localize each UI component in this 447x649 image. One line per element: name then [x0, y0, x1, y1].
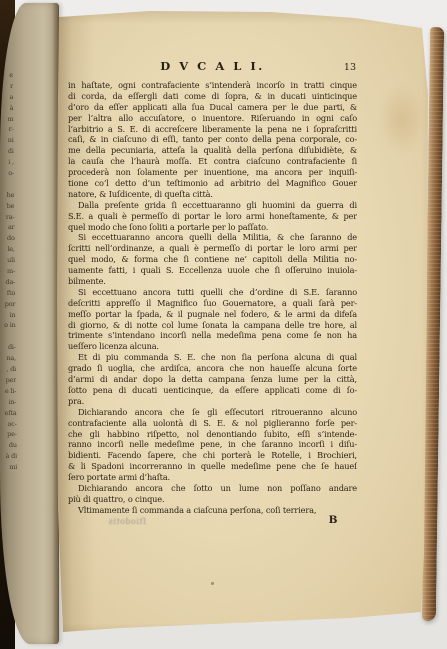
gutter-fragment: uli: [1, 255, 15, 266]
gutter-fragment: na,: [2, 353, 16, 364]
text-line: la cauſa che l’haurà moſſa. Et contra ci…: [68, 156, 357, 167]
text-line: contrafaciente alla uolontà di S. E. & n…: [68, 418, 357, 429]
text-line: procederà non ſolamente per inuentione, …: [68, 167, 357, 178]
text-line: che gli habbino riſpetto, nol denontiand…: [68, 429, 357, 440]
catchword-signature: B: [318, 514, 348, 526]
text-line: trimente s’intendano incorſi nella medeſ…: [68, 330, 357, 341]
text-line: me della pecuniaria, atteſa la qualità d…: [68, 145, 357, 156]
text-line: ranno incorſi nelle medeſime pene, in ch…: [68, 439, 357, 450]
gutter-fragment: di-: [2, 342, 16, 353]
gutter-fragment: per: [2, 375, 16, 386]
text-line: in haſtate, ogni contrafaciente s’intend…: [68, 80, 357, 91]
gutter-fragment: o in: [2, 320, 16, 331]
gutter-fragment: oc-: [3, 418, 17, 429]
gutter-fragment: mi: [3, 462, 17, 473]
text-line: Vltimamente ſi commanda a ciaſcuna perſo…: [68, 505, 357, 516]
gutter-fragment: le,: [1, 244, 15, 255]
text-line: più di quattro, o cinque.: [68, 494, 357, 505]
gutter-fragment: he: [0, 190, 14, 201]
paper-stain: [378, 85, 426, 155]
text-line: caſi, & in ciaſcuno di eſſi, tanto per c…: [68, 134, 357, 145]
gutter-fragment: be: [0, 201, 14, 212]
recto-page: ISIONE DVCA D V C A L I. 13 in haſtate, …: [0, 0, 447, 649]
text-line: Si eccettuaranno ancora quelli della Mil…: [68, 232, 357, 243]
gutter-fragment: m: [0, 113, 13, 124]
text-line: quel modo, & forma che ſi contiene ne’ c…: [68, 254, 357, 265]
text-line: uamente fatti, i quali S. Eccellenza uuo…: [68, 265, 357, 276]
text-line: Si eccettuano ancora tutti quelli che d’…: [68, 287, 357, 298]
gutter-fragment: , di: [2, 364, 16, 375]
page-number: 13: [344, 62, 356, 73]
gutter-fragment: por: [1, 299, 15, 310]
text-line: ſotto pena di ducati uenticinque, da eſſ…: [68, 385, 357, 396]
text-line: di corda, da eſſergli dati come di ſopra…: [68, 91, 357, 102]
gutter-fragment: e: [0, 70, 13, 81]
text-line: & li Spadoni incorreranno in quelle mede…: [68, 461, 357, 472]
gutter-fragment: da-: [1, 277, 15, 288]
show-through-word: ſtiodotis: [76, 517, 146, 526]
text-line: bidienti. Facendo ſapere, che chi porter…: [68, 450, 357, 461]
gutter-fragment: ſto: [1, 288, 15, 299]
gutter-fragments: eraàmr-nidii ,o-hebera-ardole,ulim-da-ſt…: [0, 70, 17, 473]
gutter-fragment: à di: [3, 451, 17, 462]
text-line: quel modo che ſono ſoliti a portarle per…: [68, 222, 357, 233]
gutter-fragment: [0, 179, 14, 190]
gutter-fragment: in: [1, 310, 15, 321]
text-line: l’arbitrio a S. E. di accreſcere liberam…: [68, 124, 357, 135]
text-line: Dalla preſente grida ſi eccettuaranno gl…: [68, 200, 357, 211]
text-line: tione co’l detto d’un teſtimonio ad arbi…: [68, 178, 357, 189]
gutter-fragment: o-: [0, 168, 14, 179]
book-photo: eraàmr-nidii ,o-hebera-ardole,ulim-da-ſt…: [0, 0, 447, 649]
gutter-fragment: ar: [0, 222, 14, 233]
text-line: ueſſero licenza alcuna.: [68, 341, 357, 352]
gutter-fragment: ra-: [0, 212, 14, 223]
gutter-fragment: e li-: [2, 386, 16, 397]
gutter-fragment: do: [1, 233, 15, 244]
gutter-fragment: du: [3, 440, 17, 451]
text-block: in haſtate, ogni contrafaciente s’intend…: [68, 80, 357, 516]
gutter-fragment: di: [0, 146, 14, 157]
text-line: Dichiarando ancora che ſe gli eſſecutori…: [68, 407, 357, 418]
text-line: Et di piu commanda S. E. che non ſia per…: [68, 352, 357, 363]
text-line: d’armi di andar dopo la detta campana ſe…: [68, 374, 357, 385]
text-line: S.E. a quali è permeſſo di portar le lor…: [68, 211, 357, 222]
text-line: ſcritti nell’ordinanze, a quali è permeſ…: [68, 243, 357, 254]
gutter-fragment: in-: [2, 397, 16, 408]
text-line: bilmente.: [68, 276, 357, 287]
text-line: deſcritti appreſſo il Magnifico ſuo Goue…: [68, 298, 357, 309]
text-line: ſero portate armi d’haſta.: [68, 472, 357, 483]
text-line: natore, & Iuſdicente, di queſta città.: [68, 189, 357, 200]
text-line: pra.: [68, 396, 357, 407]
gutter-fragment: eſta: [2, 408, 16, 419]
text-line: d’oro da eſſer applicati alla ſua Ducal …: [68, 102, 357, 113]
gutter-fragment: r-: [0, 124, 14, 135]
text-line: per l’altra allo accuſatore, o inuentore…: [68, 113, 357, 124]
gutter-fragment: pe-: [3, 429, 17, 440]
verso-page-edge: eraàmr-nidii ,o-hebera-ardole,ulim-da-ſt…: [0, 3, 59, 644]
running-header: D V C A L I. 13: [68, 59, 357, 75]
gutter-fragment: [2, 331, 16, 342]
gutter-fragment: i ,: [0, 157, 14, 168]
text-line: grado ſi uoglia, che ardiſca, ancora che…: [68, 363, 357, 374]
running-header-title: D V C A L I.: [68, 59, 357, 73]
gutter-fragment: m-: [1, 266, 15, 277]
text-line: di giorno, & di notte col lume ſonata la…: [68, 320, 357, 331]
gutter-fragment: ni: [0, 135, 14, 146]
gutter-fragment: a: [0, 92, 13, 103]
text-line: meſſo portar la ſpada, & il pugnale nel …: [68, 309, 357, 320]
text-line: Dichiarando ancora che ſotto un lume non…: [68, 483, 357, 494]
gutter-fragment: r: [0, 81, 13, 92]
gutter-fragment: à: [0, 103, 13, 114]
paper-speck: [211, 582, 214, 585]
